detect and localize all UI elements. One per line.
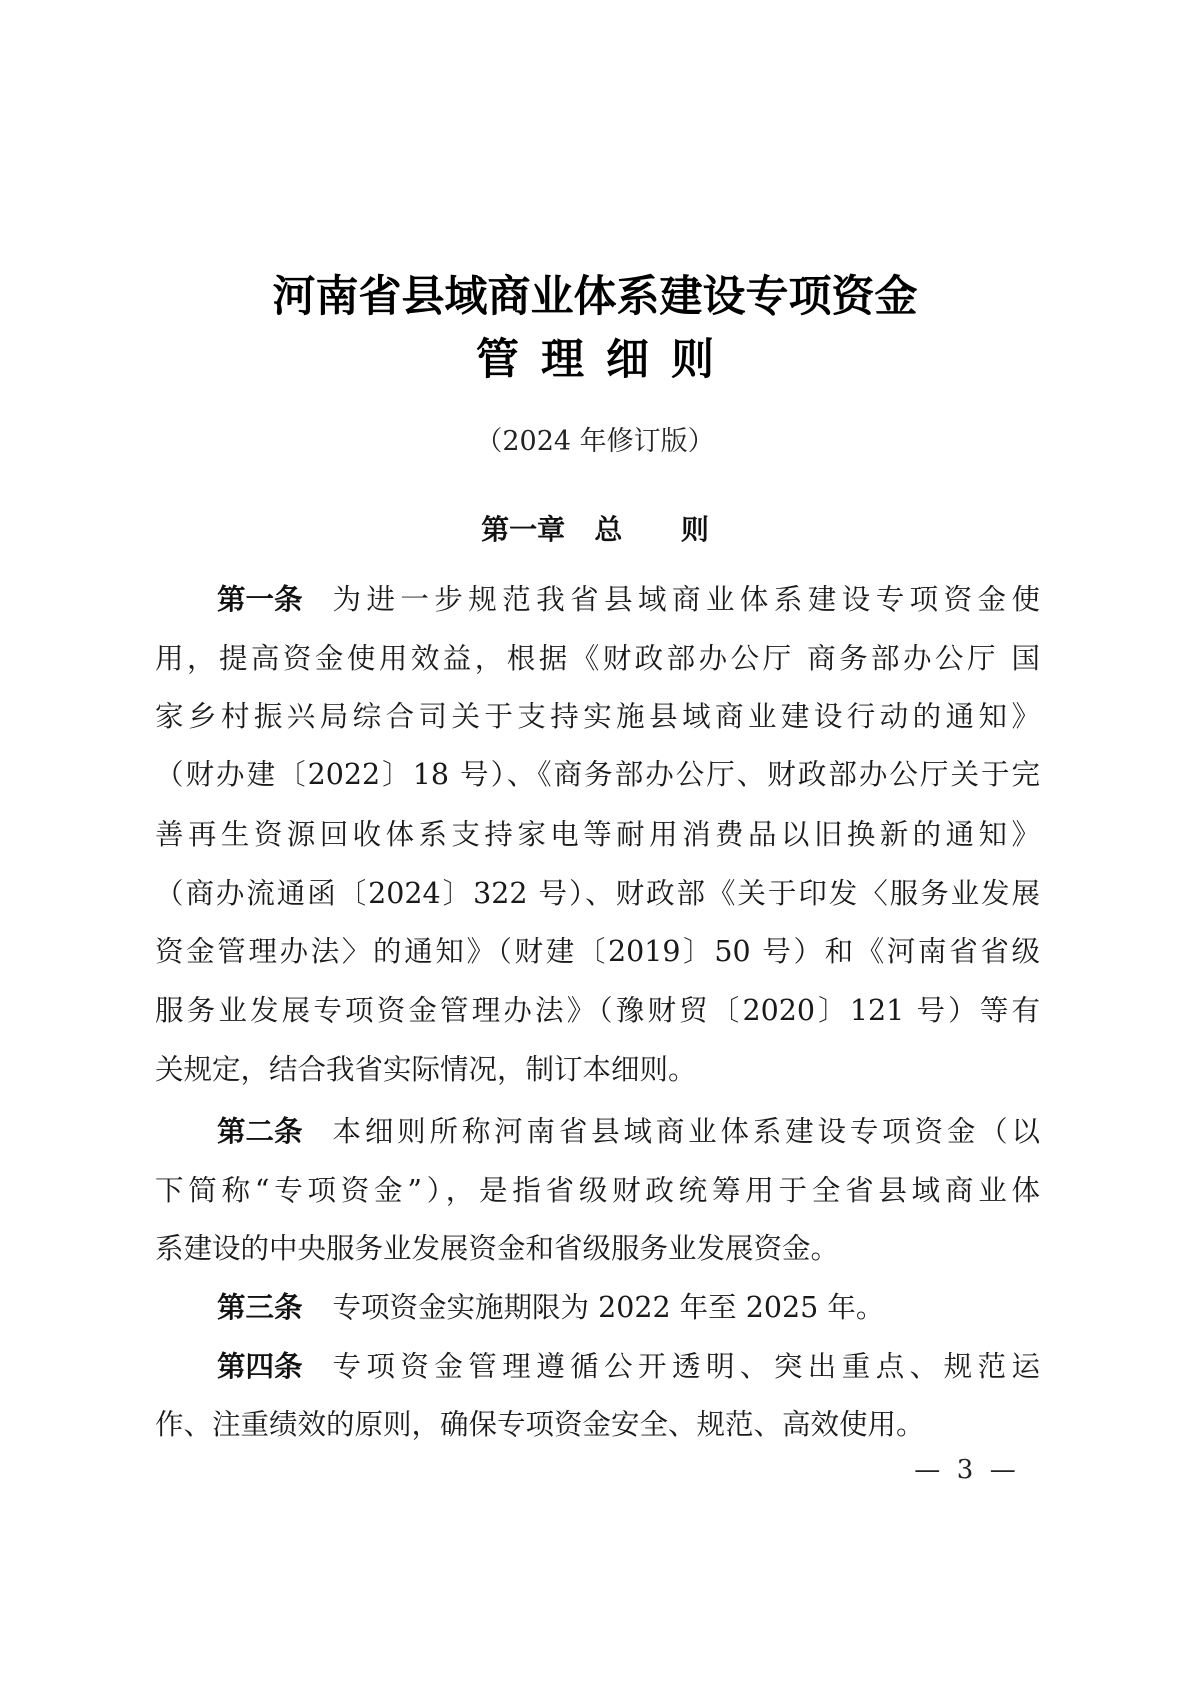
article-3-line-1: 专项资金实施期限为 2022 年至 2025 年。 [333, 1291, 885, 1324]
article-2-line-1: 本细则所称河南省县域商业体系建设专项资金（以 [333, 1114, 1040, 1150]
article-4-line-2: 作、注重绩效的原则，确保专项资金安全、规范、高效使用。 [155, 1407, 1040, 1443]
article-1-line-8: 服务业发展专项资金管理办法》（豫财贸〔2020〕121 号）等有 [155, 993, 1040, 1029]
document-subtitle-revision: （2024 年修订版） [0, 424, 1190, 460]
article-1-line-5: 善再生资源回收体系支持家电等耐用消费品以旧换新的通知》 [155, 817, 1040, 853]
page-number: — 3 — [890, 1452, 1040, 1488]
article-2-line-3: 系建设的中央服务业发展资金和省级服务业发展资金。 [155, 1231, 1040, 1267]
article-4-first-line: 第四条 专项资金管理遵循公开透明、突出重点、规范运 [217, 1349, 1040, 1385]
article-1-label: 第一条 [217, 582, 303, 618]
article-2-label: 第二条 [217, 1114, 303, 1150]
article-1-line-3: 家乡村振兴局综合司关于支持实施县域商业建设行动的通知》 [155, 699, 1040, 735]
article-4-line-1: 专项资金管理遵循公开透明、突出重点、规范运 [333, 1349, 1040, 1385]
article-4-label: 第四条 [217, 1349, 303, 1385]
article-3-first-line: 第三条专项资金实施期限为 2022 年至 2025 年。 [217, 1290, 1040, 1326]
document-title-line-2: 管理细则 [0, 333, 1190, 387]
article-3-label: 第三条 [217, 1291, 303, 1324]
article-2-first-line: 第二条 本细则所称河南省县域商业体系建设专项资金（以 [217, 1114, 1040, 1150]
article-1-line-7: 资金管理办法〉的通知》（财建〔2019〕50 号）和《河南省省级 [155, 934, 1040, 970]
article-1-line-1: 为进一步规范我省县域商业体系建设专项资金使 [333, 582, 1040, 618]
article-1-first-line: 第一条 为进一步规范我省县域商业体系建设专项资金使 [217, 582, 1040, 618]
document-title-line-1: 河南省县域商业体系建设专项资金 [0, 270, 1190, 324]
article-2-line-2: 下简称“专项资金”），是指省级财政统筹用于全省县域商业体 [155, 1173, 1040, 1209]
article-1-line-6: （商办流通函〔2024〕322 号）、财政部《关于印发〈服务业发展 [155, 876, 1040, 912]
article-1-line-9: 关规定，结合我省实际情况，制订本细则。 [155, 1052, 1040, 1088]
article-1-line-2: 用，提高资金使用效益，根据《财政部办公厅 商务部办公厅 国 [155, 641, 1040, 677]
document-page: 河南省县域商业体系建设专项资金 管理细则 （2024 年修订版） 第一章 总 则… [0, 0, 1190, 1682]
article-1-line-4: （财办建〔2022〕18 号）、《商务部办公厅、财政部办公厅关于完 [155, 757, 1040, 793]
chapter-heading: 第一章 总 则 [0, 512, 1190, 548]
